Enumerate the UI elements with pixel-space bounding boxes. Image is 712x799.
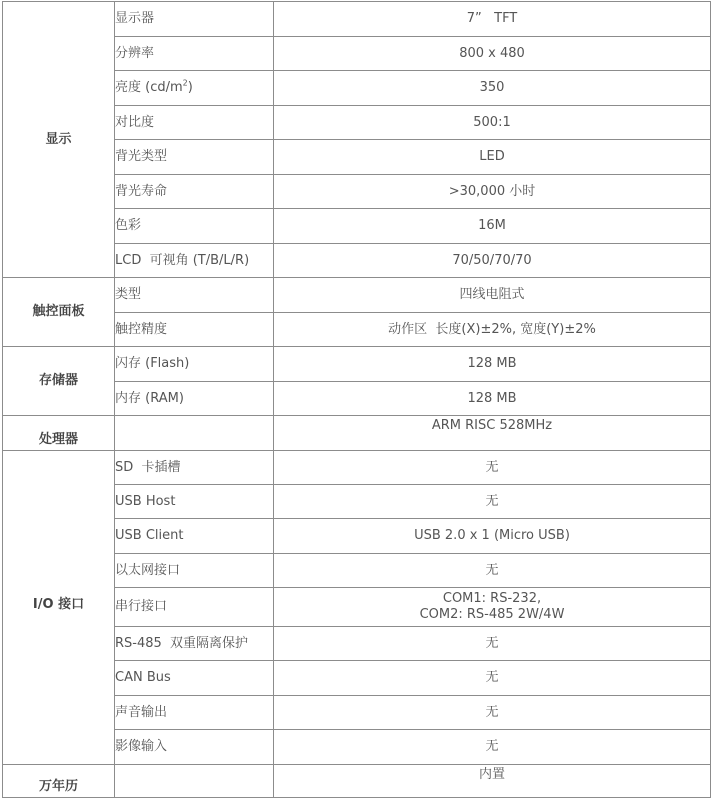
spec-value: ARM RISC 528MHz xyxy=(274,416,711,451)
spec-label: USB Client xyxy=(115,519,274,554)
spec-label: USB Host xyxy=(115,485,274,519)
spec-label: 对比度 xyxy=(115,106,274,140)
spec-value: 800 x 480 xyxy=(274,37,711,71)
spec-value: 350 xyxy=(274,71,711,106)
spec-label: 内存 (RAM) xyxy=(115,382,274,416)
spec-label: 影像输入 xyxy=(115,730,274,765)
spec-table: 显示 显示器 7” TFT 分辨率 800 x 480 亮度 (cd/m2) 3… xyxy=(2,1,711,798)
spec-value: 四线电阻式 xyxy=(274,278,711,313)
spec-label: 以太网接口 xyxy=(115,554,274,588)
spec-value: 128 MB xyxy=(274,347,711,382)
spec-label: CAN Bus xyxy=(115,661,274,696)
spec-label: 触控精度 xyxy=(115,313,274,347)
table-row: 存储器 闪存 (Flash) 128 MB xyxy=(3,347,711,382)
spec-value: 70/50/70/70 xyxy=(274,244,711,278)
category-calendar: 万年历 xyxy=(3,765,115,798)
category-storage: 存储器 xyxy=(3,347,115,416)
spec-label: SD 卡插槽 xyxy=(115,451,274,485)
table-row: 显示 显示器 7” TFT xyxy=(3,2,711,37)
spec-value: 无 xyxy=(274,451,711,485)
spec-value: 500:1 xyxy=(274,106,711,140)
spec-value: 128 MB xyxy=(274,382,711,416)
spec-label: 类型 xyxy=(115,278,274,313)
category-touch-panel: 触控面板 xyxy=(3,278,115,347)
spec-label: 背光寿命 xyxy=(115,175,274,209)
spec-value: 16M xyxy=(274,209,711,244)
spec-label: LCD 可视角 (T/B/L/R) xyxy=(115,244,274,278)
spec-label: 色彩 xyxy=(115,209,274,244)
category-io: I/O 接口 xyxy=(3,451,115,765)
spec-value: 无 xyxy=(274,696,711,730)
value-line-1: COM1: RS-232, xyxy=(274,591,710,607)
spec-value: 无 xyxy=(274,627,711,661)
spec-value: 无 xyxy=(274,661,711,696)
value-line-2: COM2: RS-485 2W/4W xyxy=(274,607,710,623)
spec-label xyxy=(115,765,274,798)
spec-value: COM1: RS-232, COM2: RS-485 2W/4W xyxy=(274,588,711,627)
table-row: 触控面板 类型 四线电阻式 xyxy=(3,278,711,313)
table-row: 处理器 ARM RISC 528MHz xyxy=(3,416,711,451)
table-row: I/O 接口 SD 卡插槽 无 xyxy=(3,451,711,485)
spec-value: USB 2.0 x 1 (Micro USB) xyxy=(274,519,711,554)
spec-label: 声音输出 xyxy=(115,696,274,730)
spec-value: 无 xyxy=(274,485,711,519)
spec-value: 内置 xyxy=(274,765,711,798)
spec-label: RS-485 双重隔离保护 xyxy=(115,627,274,661)
spec-value: 无 xyxy=(274,554,711,588)
spec-label: 串行接口 xyxy=(115,588,274,627)
spec-value: 7” TFT xyxy=(274,2,711,37)
category-display: 显示 xyxy=(3,2,115,278)
spec-value: >30,000 小时 xyxy=(274,175,711,209)
table-row: 万年历 内置 xyxy=(3,765,711,798)
spec-value: LED xyxy=(274,140,711,175)
spec-label xyxy=(115,416,274,451)
spec-label: 显示器 xyxy=(115,2,274,37)
spec-label: 亮度 (cd/m2) xyxy=(115,71,274,106)
category-processor: 处理器 xyxy=(3,416,115,451)
spec-label: 分辨率 xyxy=(115,37,274,71)
spec-value: 动作区 长度(X)±2%, 宽度(Y)±2% xyxy=(274,313,711,347)
spec-label: 背光类型 xyxy=(115,140,274,175)
spec-value: 无 xyxy=(274,730,711,765)
label-text-end: ) xyxy=(188,80,193,95)
label-text: 亮度 (cd/m xyxy=(115,80,183,95)
spec-label: 闪存 (Flash) xyxy=(115,347,274,382)
